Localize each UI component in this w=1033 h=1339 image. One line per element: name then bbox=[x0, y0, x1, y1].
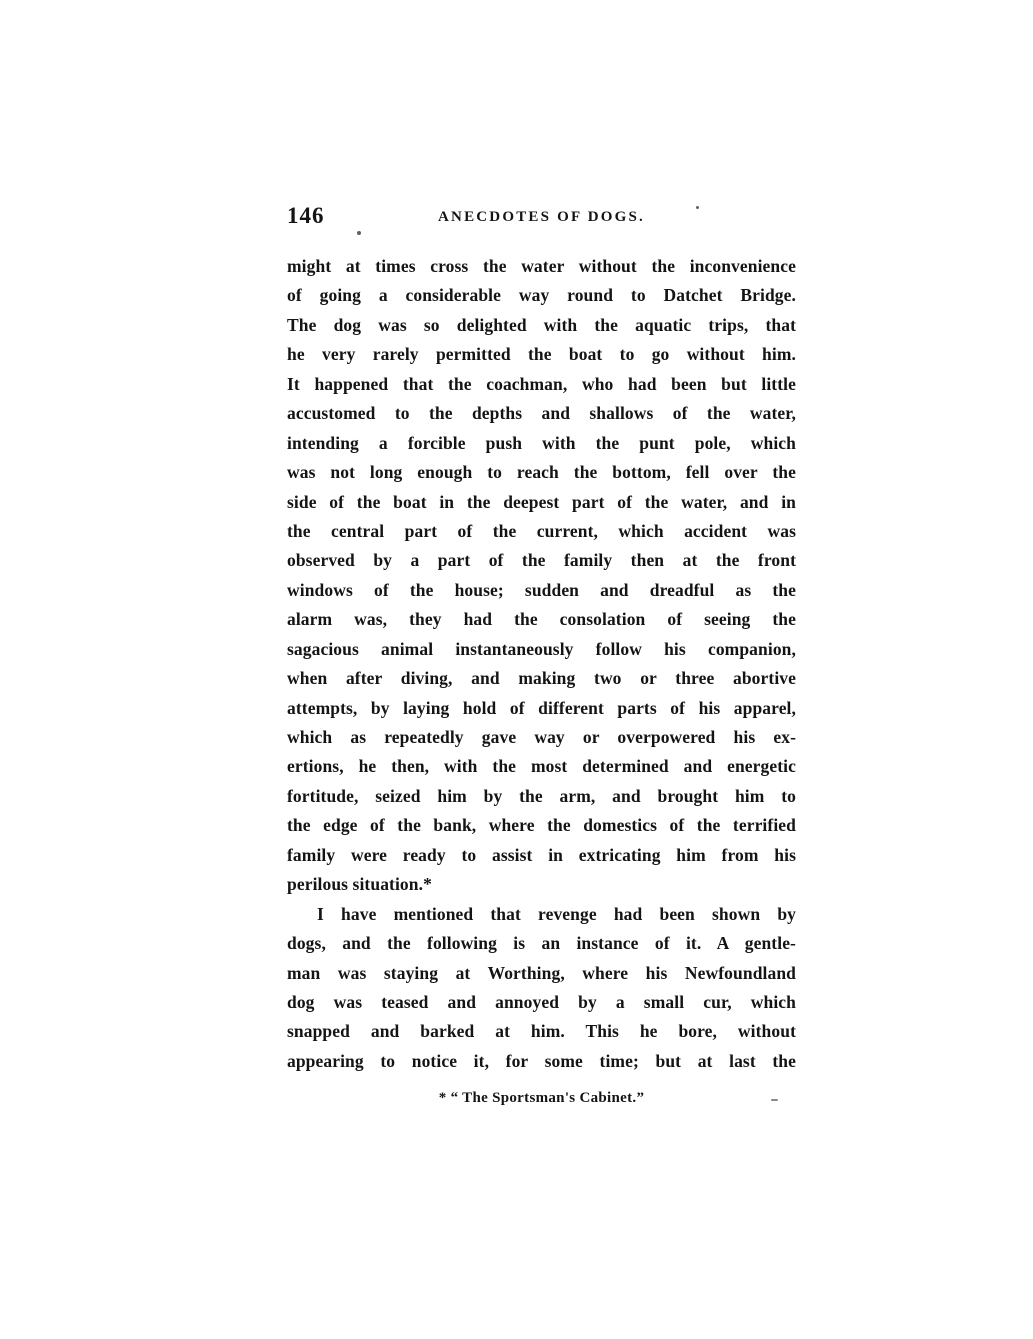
text-line: dog was teased and annoyed by a small cu… bbox=[287, 988, 796, 1017]
scan-speck bbox=[357, 231, 361, 235]
text-line: the central part of the current, which a… bbox=[287, 517, 796, 546]
text-line: I have mentioned that revenge had been s… bbox=[287, 900, 796, 929]
footnote: * “ The Sportsman's Cabinet.” bbox=[287, 1090, 796, 1107]
text-line: accustomed to the depths and shallows of… bbox=[287, 399, 796, 428]
text-line: side of the boat in the deepest part of … bbox=[287, 488, 796, 517]
text-line: attempts, by laying hold of different pa… bbox=[287, 694, 796, 723]
body-text: might at times cross the water without t… bbox=[287, 252, 796, 1076]
page-title: ANECDOTES OF DOGS. bbox=[287, 209, 796, 226]
text-line: perilous situation.* bbox=[287, 870, 796, 899]
text-line: intending a forcible push with the punt … bbox=[287, 429, 796, 458]
text-line: family were ready to assist in extricati… bbox=[287, 841, 796, 870]
text-line: The dog was so delighted with the aquati… bbox=[287, 311, 796, 340]
text-line: the edge of the bank, where the domestic… bbox=[287, 811, 796, 840]
text-line: snapped and barked at him. This he bore,… bbox=[287, 1017, 796, 1046]
text-line: which as repeatedly gave way or overpowe… bbox=[287, 723, 796, 752]
text-line: alarm was, they had the consolation of s… bbox=[287, 605, 796, 634]
text-line: observed by a part of the family then at… bbox=[287, 546, 796, 575]
text-line: he very rarely permitted the boat to go … bbox=[287, 340, 796, 369]
text-line: fortitude, seized him by the arm, and br… bbox=[287, 782, 796, 811]
text-line: man was staying at Worthing, where his N… bbox=[287, 959, 796, 988]
text-line: of going a considerable way round to Dat… bbox=[287, 281, 796, 310]
text-line: sagacious animal instantaneously follow … bbox=[287, 635, 796, 664]
text-line: appearing to notice it, for some time; b… bbox=[287, 1047, 796, 1076]
book-page: 146 ANECDOTES OF DOGS. might at times cr… bbox=[0, 0, 1033, 1339]
text-line: might at times cross the water without t… bbox=[287, 252, 796, 281]
text-line: when after diving, and making two or thr… bbox=[287, 664, 796, 693]
text-line: It happened that the coachman, who had b… bbox=[287, 370, 796, 399]
text-line: ertions, he then, with the most determin… bbox=[287, 752, 796, 781]
scan-speck bbox=[696, 206, 699, 209]
text-line: dogs, and the following is an instance o… bbox=[287, 929, 796, 958]
text-line: windows of the house; sudden and dreadfu… bbox=[287, 576, 796, 605]
text-line: was not long enough to reach the bottom,… bbox=[287, 458, 796, 487]
scan-speck bbox=[771, 1099, 778, 1101]
running-header: 146 ANECDOTES OF DOGS. bbox=[287, 203, 796, 233]
